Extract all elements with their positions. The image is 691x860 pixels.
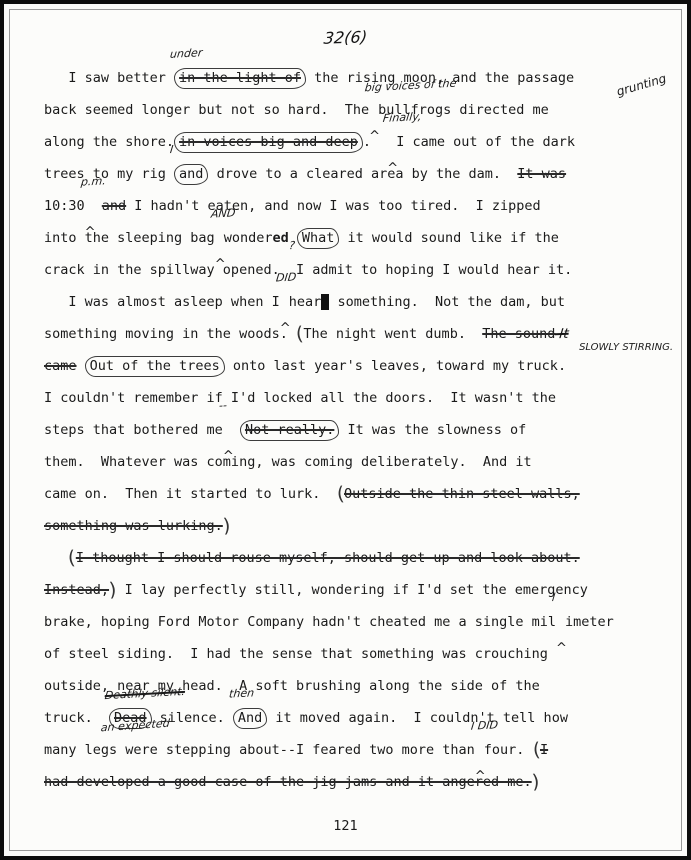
manuscript-line: (I thought I should rouse myself, should… xyxy=(44,542,673,574)
typed-text: I saw better xyxy=(44,70,174,86)
hand-paren-mark: ) xyxy=(222,510,232,542)
annotated-segment: AND xyxy=(215,222,224,254)
annotated-segment: Iand xyxy=(174,158,208,190)
margin-note: SLOWLY STIRRING. xyxy=(579,342,673,353)
typed-text: I couldn't remember if I'd locked all th… xyxy=(44,390,556,406)
page-number: 121 xyxy=(4,818,687,834)
circled-struck-edit: in the light of xyxy=(174,68,306,89)
hand-paren-mark: ( xyxy=(531,734,541,766)
typed-text: something. Not the dam, but xyxy=(329,294,565,310)
typed-text: brake, hoping Ford Motor Company hadn't … xyxy=(44,614,556,630)
manuscript-line: them. Whatever was coming, was coming de… xyxy=(44,446,673,478)
typed-text: imeter xyxy=(565,614,614,630)
annotated-segment: big voices of the xyxy=(369,94,378,126)
insertion-note: Finally, xyxy=(382,111,422,125)
annotated-segment: -- xyxy=(223,414,232,446)
manuscript-line: trees to my rig Iand drove to a cleared … xyxy=(44,158,673,190)
hand-paren-mark: ) xyxy=(531,766,541,798)
struck-text: I thought I should rouse myself, should … xyxy=(76,550,580,566)
typed-text: hear xyxy=(289,294,322,310)
manuscript-line: I saw better underin the light of the ri… xyxy=(44,62,673,94)
circled-edit: And xyxy=(233,708,267,729)
hand-paren-mark: ( xyxy=(67,542,77,574)
hand-paren-mark: ) xyxy=(108,574,118,606)
manuscript-line: I was almost asleep when IDIDheard somet… xyxy=(44,286,673,318)
manuscript-line: Instead,) I lay perfectly still, wonderi… xyxy=(44,574,673,606)
typed-text: I was almost asleep when I xyxy=(44,294,280,310)
insertion-note: DID xyxy=(275,271,297,284)
insertion-note: AND xyxy=(210,207,236,220)
typed-text: It was the slowness of xyxy=(339,422,526,438)
typed-text: came on. Then it started to lurk. xyxy=(44,486,337,502)
annotated-segment: Deathly silent.an expectedDead xyxy=(109,702,152,734)
manuscript-page: 32(6) I saw better underin the light of … xyxy=(0,0,691,860)
manuscript-line: brake, hoping Ford Motor Company hadn't … xyxy=(44,606,673,638)
typed-text: many legs were stepping about--I feared … xyxy=(44,742,475,758)
typed-text: crack in the spillway opened. I admit to… xyxy=(44,262,572,278)
circled-struck-edit: in voices big and deep xyxy=(174,132,363,153)
insertion-note: p.m. xyxy=(80,175,106,188)
manuscript-line: came Out of the trees onto last year's l… xyxy=(44,350,673,382)
typed-text: 10:30 xyxy=(44,198,85,214)
manuscript-line: I couldn't remember if I'd locked all th… xyxy=(44,382,673,414)
manuscript-line: crack in the spillway opened. I admit to… xyxy=(44,254,673,286)
struck-text: I xyxy=(540,742,548,758)
typed-text xyxy=(94,198,102,214)
struck-text: Instead, xyxy=(44,582,109,598)
typed-text: something moving in the woods. xyxy=(44,326,296,342)
typed-text: four. xyxy=(484,742,533,758)
typed-text: along the shore. xyxy=(44,134,174,150)
typed-text: I lay perfectly still, wondering if I'd … xyxy=(116,582,587,598)
insertion-note: I DID xyxy=(470,719,498,732)
annotated-segment: thenAnd xyxy=(233,702,267,734)
handwritten-note-struck: It xyxy=(554,318,571,350)
manuscript-line: something was lurking.) xyxy=(44,510,673,542)
typed-text: onto last year's leaves, toward my truck… xyxy=(225,358,566,374)
typed-text: it moved again. I couldn't tell how xyxy=(267,710,568,726)
typed-text: I hadn't eaten, and now I was too tired.… xyxy=(126,198,541,214)
struck-text: came xyxy=(44,358,77,374)
typed-text: . xyxy=(363,134,387,150)
typed-text: I came out of the dark xyxy=(396,134,575,150)
overtyped-text: ed xyxy=(272,230,288,246)
manuscript-line: 10:30p.m. and I hadn't eaten, and now I … xyxy=(44,190,673,222)
annotated-segment: DID xyxy=(280,286,289,318)
insertion-note: under xyxy=(169,47,203,61)
manuscript-line: into the sleeping bagANDwondered ?What i… xyxy=(44,222,673,254)
typed-text xyxy=(232,422,240,438)
struck-text: something was lurking. xyxy=(44,518,223,534)
hand-paren-mark: ( xyxy=(336,478,346,510)
manuscript-line: of steel siding. I had the sense that so… xyxy=(44,638,673,670)
struck-text: It was xyxy=(517,166,566,182)
manuscript-line: truck. Deathly silent.an expectedDead si… xyxy=(44,702,673,734)
typed-text: steps that bothered me xyxy=(44,422,223,438)
annotated-segment: l xyxy=(556,606,565,638)
typed-text: back seemed longer but not so hard. The xyxy=(44,102,369,118)
manuscript-body: I saw better underin the light of the ri… xyxy=(44,62,673,798)
typed-text: The night went dumb. xyxy=(303,326,482,342)
annotated-segment: I DID xyxy=(475,734,484,766)
typed-text: trees to my rig xyxy=(44,166,174,182)
circled-edit: and xyxy=(174,164,208,185)
hand-paren-mark: ( xyxy=(295,318,305,350)
insertion-note: -- xyxy=(218,400,227,412)
struck-text: Outside the thin steel walls, xyxy=(344,486,580,502)
typed-text: them. Whatever was coming, was coming de… xyxy=(44,454,532,470)
manuscript-header-number: 32(6) xyxy=(2,16,690,59)
annotated-segment: ?What xyxy=(297,222,340,254)
circled-edit: What xyxy=(297,228,340,249)
struck-text: and xyxy=(102,198,126,214)
circled-edit: Out of the trees xyxy=(85,356,225,377)
annotated-segment: Finally, xyxy=(387,126,396,158)
manuscript-line: steps that bothered me-- Not really. It … xyxy=(44,414,673,446)
annotated-segment: underin the light of xyxy=(174,62,306,94)
typed-text xyxy=(77,358,85,374)
struck-text: had developed a good case of the jig-jam… xyxy=(44,774,532,790)
typed-text: it would sound like if the xyxy=(339,230,558,246)
typed-text xyxy=(44,550,68,566)
manuscript-line: came on. Then it started to lurk. (Outsi… xyxy=(44,478,673,510)
insertion-note: then xyxy=(228,687,254,700)
insertion-note-below: ? xyxy=(288,240,295,252)
circled-struck-edit: Not really. xyxy=(240,420,339,441)
annotated-segment: p.m. xyxy=(85,190,94,222)
typed-text: wonder xyxy=(224,230,273,246)
typed-text: truck. xyxy=(44,710,109,726)
typed-text: drove to a cleared area by the dam. xyxy=(208,166,517,182)
manuscript-line: many legs were stepping about--I feared … xyxy=(44,734,673,766)
typed-text: into the sleeping bag xyxy=(44,230,215,246)
insertion-note-below: an expected xyxy=(100,718,170,735)
manuscript-line: had developed a good case of the jig-jam… xyxy=(44,766,673,798)
typed-text: of steel siding. I had the sense that so… xyxy=(44,646,548,662)
manuscript-line: back seemed longer but not so hard. Theb… xyxy=(44,94,673,126)
struck-text: The sound xyxy=(482,326,555,342)
manuscript-line: along the shore.in voices big and deep. … xyxy=(44,126,673,158)
